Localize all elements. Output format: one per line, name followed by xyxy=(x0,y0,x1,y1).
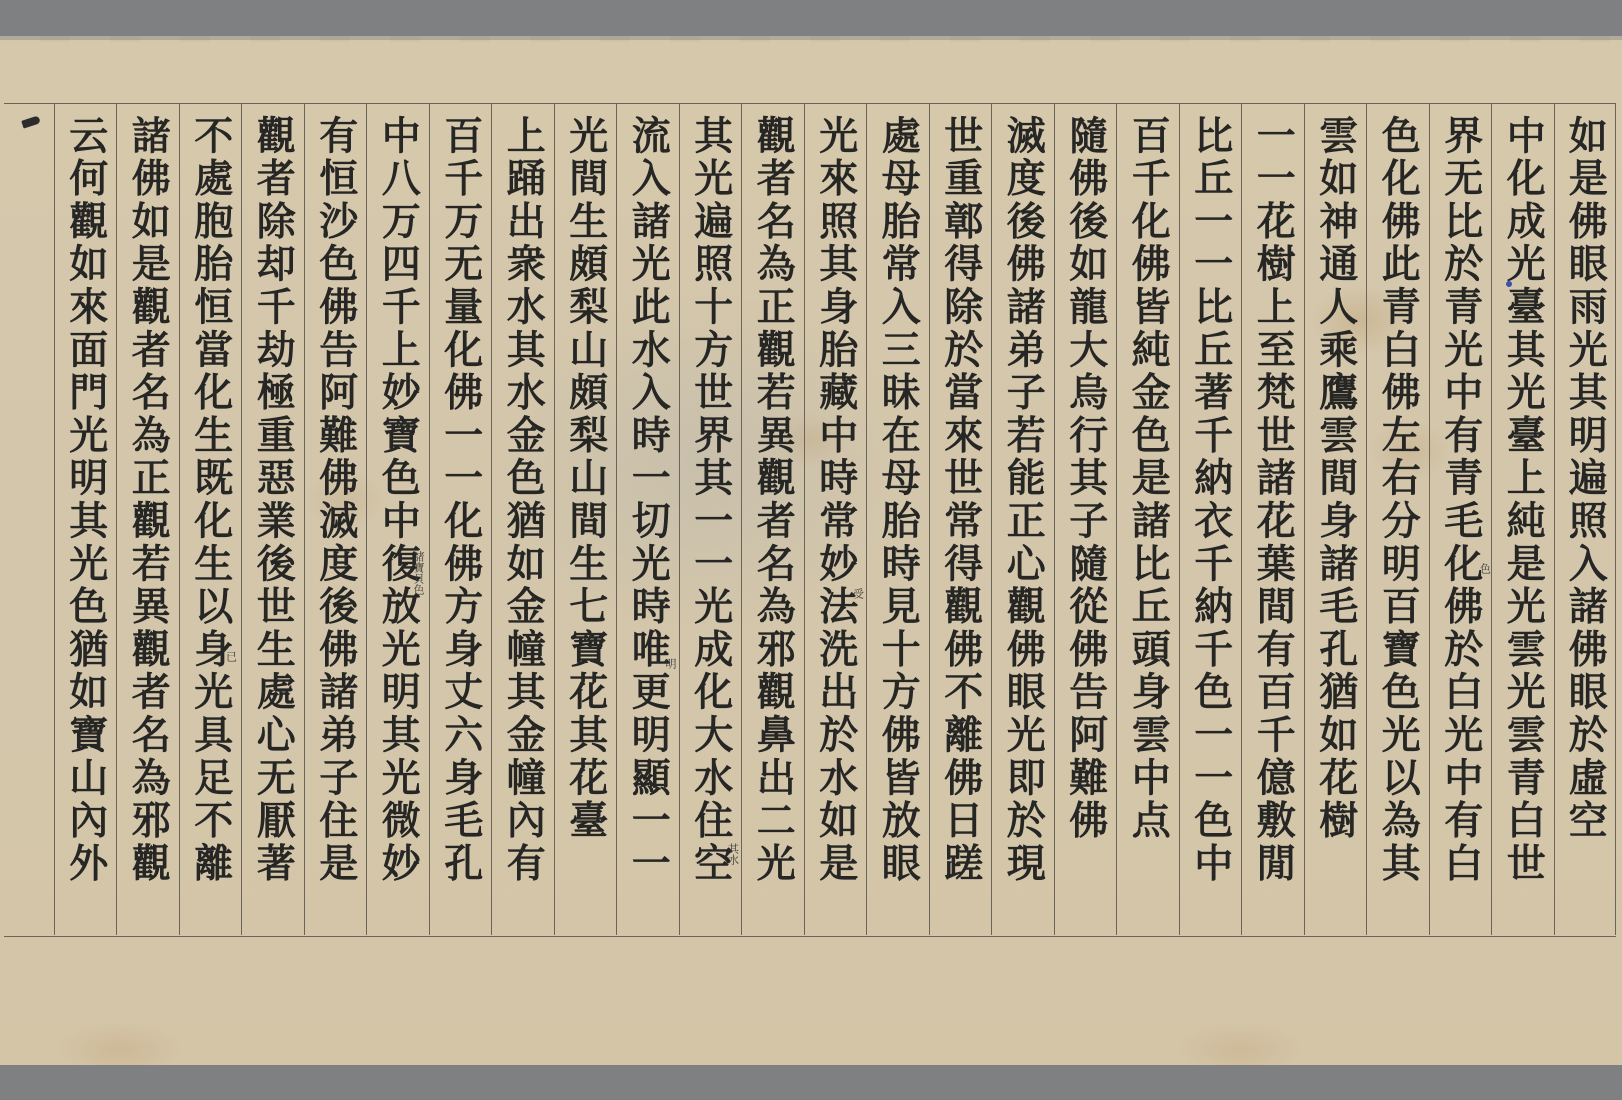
column-text: 一一花樹上至梵世諸花葉間有百千億敷閒 xyxy=(1253,115,1292,885)
column-17: 光間生頗梨山頗梨山間生七寶花其花臺 xyxy=(554,103,617,935)
column-21: 有恒沙色佛告阿難佛滅度後佛諸弟子住是 xyxy=(304,103,367,935)
column-text: 隨佛後如龍大烏行其子隨從佛告阿難佛 xyxy=(1066,115,1105,843)
margin-note: 其水 xyxy=(728,843,739,865)
column-text: 云何觀如來面門光明其光色猶如寶山內外 xyxy=(66,115,105,885)
column-text: 滅度後佛諸弟子若能正心觀佛眼光即於現 xyxy=(1003,115,1042,885)
column-text: 百千化佛皆純金色是諸比丘頭身雲中点 xyxy=(1128,115,1167,843)
margin-note: 受 xyxy=(853,588,864,599)
column-3: 界无比於青光中有青毛化佛於白光中有白色 xyxy=(1429,103,1492,935)
column-8: 百千化佛皆純金色是諸比丘頭身雲中点 xyxy=(1116,103,1179,935)
column-19: 百千万无量化佛一一化佛方身丈六身毛孔 xyxy=(429,103,492,935)
column-18: 上踊出衆水其水金色猶如金幢其金幢內有 xyxy=(491,103,554,935)
column-text: 光來照其身胎藏中時常妙法洗出於水如是 xyxy=(816,115,855,885)
column-7: 比丘一一比丘著千納衣千納千色一一色中 xyxy=(1179,103,1242,935)
column-2: 中化成光臺其光臺上純是光雲光雲青白世 xyxy=(1491,103,1554,935)
column-15: 其光遍照十方世界其一一光成化大水住空其水 xyxy=(679,103,742,935)
column-text: 中化成光臺其光臺上純是光雲光雲青白世 xyxy=(1503,115,1542,885)
column-14: 觀者名為正觀若異觀者名為邪觀鼻出二光 xyxy=(741,103,804,935)
column-10: 滅度後佛諸弟子若能正心觀佛眼光即於現 xyxy=(991,103,1054,935)
column-text: 觀者除却千劫極重惡業後世生處心无厭著 xyxy=(253,115,292,885)
column-text: 光間生頗梨山頗梨山間生七寶花其花臺 xyxy=(566,115,605,843)
column-12: 處母胎常入三昧在母胎時見十方佛皆放眼 xyxy=(866,103,929,935)
column-text: 中八万四千上妙寶色中復放光明其光微妙 xyxy=(378,115,417,885)
column-text: 上踊出衆水其水金色猶如金幢其金幢內有 xyxy=(503,115,542,885)
column-text: 雲如神通人乘鷹雲間身諸毛孔猶如花樹 xyxy=(1316,115,1355,843)
column-text: 界无比於青光中有青毛化佛於白光中有白 xyxy=(1441,115,1480,885)
margin-note: 已 xyxy=(226,651,237,662)
column-text: 如是佛眼雨光其明遍照入諸佛眼於虛空 xyxy=(1565,115,1604,843)
column-4: 色化佛此青白佛左右分明百寶色光以為其 xyxy=(1366,103,1429,935)
margin-note: 諸寶貝色 xyxy=(413,551,424,595)
column-text: 世重鄣得除於當來世常得觀佛不離佛日蹉 xyxy=(941,115,980,885)
column-text: 不處胞胎恒當化生既化生以身光具足不離 xyxy=(191,115,230,885)
text-columns: 如是佛眼雨光其明遍照入諸佛眼於虛空 中化成光臺其光臺上純是光雲光雲青白世 界无比… xyxy=(4,103,1616,935)
margin-note: 明 xyxy=(665,658,676,669)
column-25: 云何觀如來面門光明其光色猶如寶山內外 xyxy=(54,103,117,935)
column-23: 不處胞胎恒當化生既化生以身光具足不離已 xyxy=(179,103,242,935)
margin-note: 色 xyxy=(1480,563,1491,574)
column-24: 諸佛如是觀者名為正觀若異觀者名為邪觀 xyxy=(116,103,179,935)
paper-top-edge xyxy=(0,36,1622,42)
column-text: 流入諸光此水入時一切光時唯更明顯一一 xyxy=(628,115,667,885)
column-text: 處母胎常入三昧在母胎時見十方佛皆放眼 xyxy=(878,115,917,885)
column-text: 有恒沙色佛告阿難佛滅度後佛諸弟子住是 xyxy=(316,115,355,885)
column-6: 一一花樹上至梵世諸花葉間有百千億敷閒 xyxy=(1241,103,1304,935)
column-16: 流入諸光此水入時一切光時唯更明顯一一明 xyxy=(616,103,679,935)
column-text: 其光遍照十方世界其一一光成化大水住空 xyxy=(691,115,730,885)
column-20: 中八万四千上妙寶色中復放光明其光微妙諸寶貝色 xyxy=(366,103,429,935)
column-9: 隨佛後如龍大烏行其子隨從佛告阿難佛 xyxy=(1054,103,1117,935)
column-text: 百千万无量化佛一一化佛方身丈六身毛孔 xyxy=(441,115,480,885)
column-13: 光來照其身胎藏中時常妙法洗出於水如是受 xyxy=(804,103,867,935)
column-11: 世重鄣得除於當來世常得觀佛不離佛日蹉 xyxy=(929,103,992,935)
column-5: 雲如神通人乘鷹雲間身諸毛孔猶如花樹 xyxy=(1304,103,1367,935)
column-text: 觀者名為正觀若異觀者名為邪觀鼻出二光 xyxy=(753,115,792,885)
column-text: 色化佛此青白佛左右分明百寶色光以為其 xyxy=(1378,115,1417,885)
blue-ink-dot xyxy=(1506,281,1512,287)
column-text: 諸佛如是觀者名為正觀若異觀者名為邪觀 xyxy=(128,115,167,885)
column-text: 比丘一一比丘著千納衣千納千色一一色中 xyxy=(1191,115,1230,885)
column-22: 觀者除却千劫極重惡業後世生處心无厭著 xyxy=(241,103,304,935)
column-1: 如是佛眼雨光其明遍照入諸佛眼於虛空 xyxy=(1554,103,1617,935)
